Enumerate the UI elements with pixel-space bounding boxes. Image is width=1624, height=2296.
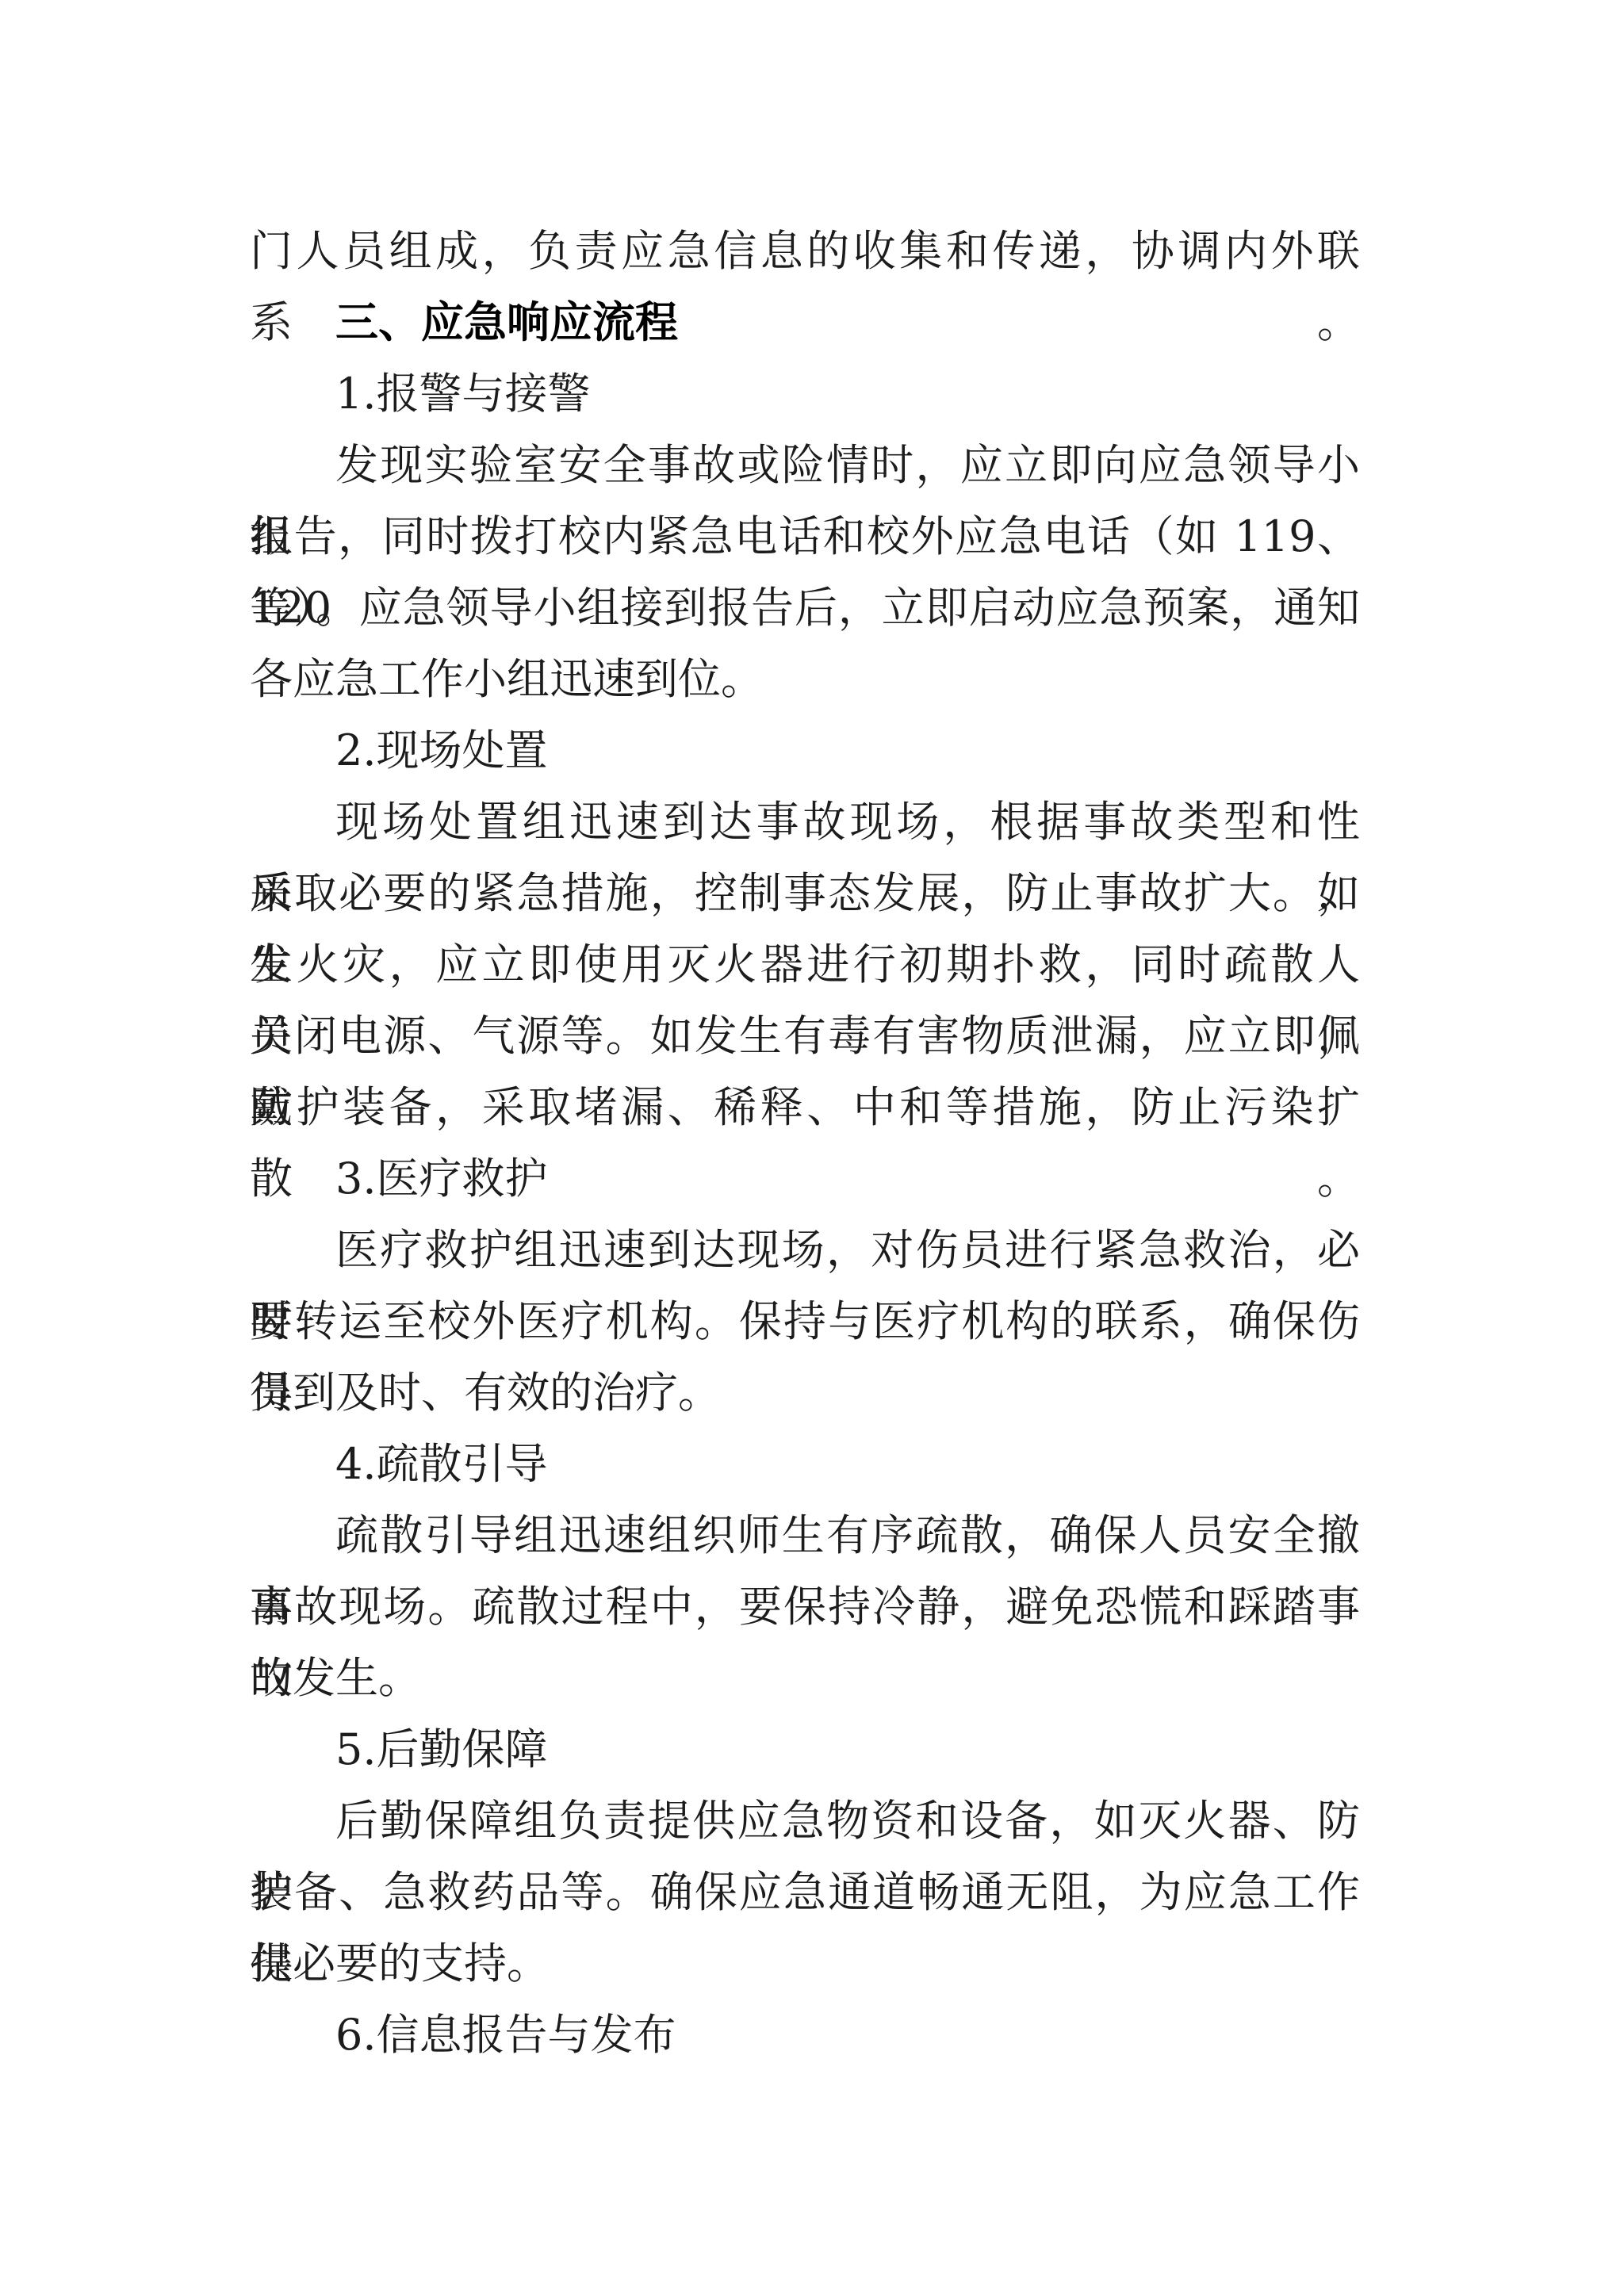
text-line: 现场处置组迅速到达事故现场，根据事故类型和性质， xyxy=(250,786,1360,858)
text-line: 医疗救护组迅速到达现场，对伤员进行紧急救治，必要 xyxy=(250,1215,1360,1286)
text-line: 的发生。 xyxy=(250,1643,1360,1714)
text-line: 关闭电源、气源等。如发生有毒有害物质泄漏，应立即佩戴 xyxy=(250,1001,1360,1072)
document-page: 门人员组成，负责应急信息的收集和传递，协调内外联系。三、应急响应流程1.报警与接… xyxy=(0,0,1624,2296)
text-line: 6.信息报告与发布 xyxy=(250,1999,1360,2071)
text-line: 装备、急救药品等。确保应急通道畅通无阻，为应急工作提 xyxy=(250,1857,1360,1928)
text-line: 报告，同时拨打校内紧急电话和校外应急电话（如 119、120 xyxy=(250,501,1360,572)
text-line: 供必要的支持。 xyxy=(250,1928,1360,1999)
text-line: 防护装备，采取堵漏、稀释、中和等措施，防止污染扩散。 xyxy=(250,1072,1360,1143)
text-line: 生火灾，应立即使用灭火器进行初期扑救，同时疏散人员， xyxy=(250,929,1360,1001)
text-line: 发现实验室安全事故或险情时，应立即向应急领导小组 xyxy=(250,430,1360,501)
text-column: 门人员组成，负责应急信息的收集和传递，协调内外联系。三、应急响应流程1.报警与接… xyxy=(250,216,1360,2071)
text-line: 时转运至校外医疗机构。保持与医疗机构的联系，确保伤员 xyxy=(250,1286,1360,1357)
text-line: 后勤保障组负责提供应急物资和设备，如灭火器、防护 xyxy=(250,1785,1360,1857)
text-line: 5.后勤保障 xyxy=(250,1714,1360,1785)
text-line: 得到及时、有效的治疗。 xyxy=(250,1357,1360,1429)
text-line: 4.疏散引导 xyxy=(250,1429,1360,1500)
text-line: 2.现场处置 xyxy=(250,715,1360,786)
text-line: 1.报警与接警 xyxy=(250,358,1360,430)
text-line: 事故现场。疏散过程中，要保持冷静，避免恐慌和踩踏事故 xyxy=(250,1571,1360,1643)
text-line: 各应急工作小组迅速到位。 xyxy=(250,644,1360,715)
text-line: 等）。应急领导小组接到报告后，立即启动应急预案，通知 xyxy=(250,572,1360,644)
text-line: 疏散引导组迅速组织师生有序疏散，确保人员安全撤离 xyxy=(250,1500,1360,1571)
text-line: 采取必要的紧急措施，控制事态发展，防止事故扩大。如发 xyxy=(250,858,1360,929)
text-line: 门人员组成，负责应急信息的收集和传递，协调内外联系。 xyxy=(250,216,1360,287)
